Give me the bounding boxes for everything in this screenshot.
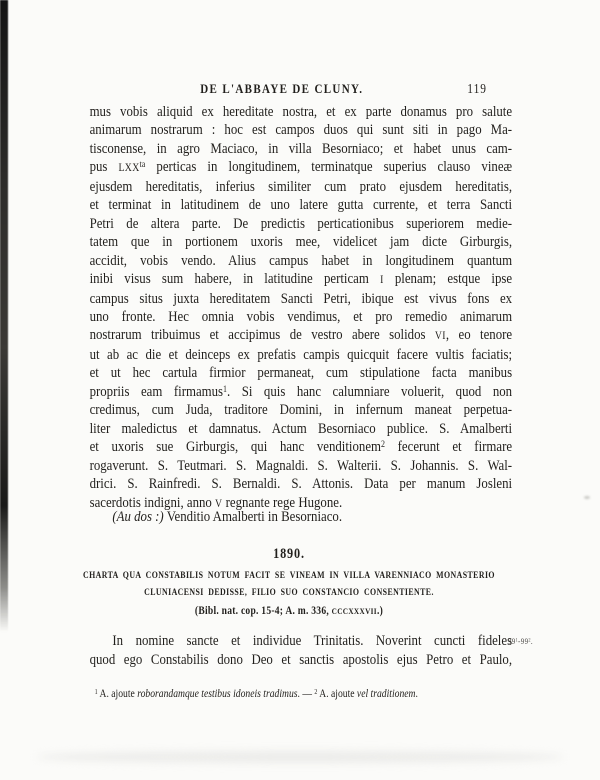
italic-text: vel traditionem bbox=[357, 688, 416, 700]
superscript-text: 2 bbox=[528, 638, 531, 644]
text-line: CLUNIACENSI DEDISSE, FILIO SUO CONSTANCI… bbox=[34, 585, 544, 602]
margin-date-note: 991-992. bbox=[508, 637, 533, 646]
text-line: quod ego Constabilis dono Deo et sanctis… bbox=[90, 650, 513, 669]
text-line: et terminat in latitudinem de uno latere… bbox=[90, 196, 513, 214]
text-line: tatem que in portionem uxoris mee, videl… bbox=[90, 233, 513, 251]
small-caps-text: VI bbox=[435, 330, 446, 342]
text-line: drici. S. Rainfredi. S. Bernaldi. S. Att… bbox=[90, 475, 513, 493]
superscript-text: 1 bbox=[516, 638, 519, 644]
text-line: nostrarum tribuimus et accipimus de vest… bbox=[90, 326, 513, 345]
text-line: ejusdem hereditatis, inferius similiter … bbox=[90, 178, 513, 196]
text-line: propriis eam firmamus1. Si quis hanc cal… bbox=[90, 383, 513, 401]
text-line: ut ab ac die et deinceps ex prefatis cam… bbox=[90, 346, 513, 364]
text-line: credimus, cum Juda, traditore Domini, in… bbox=[90, 401, 513, 419]
italic-text: (Au dos :) bbox=[112, 508, 163, 525]
text-line: uno fronte. Hec omnia vobis vendimus, et… bbox=[90, 308, 513, 326]
text-line: inibi visus sum habere, in latitudine pe… bbox=[90, 270, 513, 289]
charter-summary-heading: CHARTA QUA CONSTABILIS NOTUM FACIT SE VI… bbox=[34, 568, 544, 602]
text-line: et uxoris sue Girburgis, qui hanc vendit… bbox=[90, 438, 513, 456]
text-line: liter maledictus et damnatus. Actum Beso… bbox=[90, 420, 513, 438]
charter-opening-paragraph: In nomine sancte et individue Trinitatis… bbox=[90, 631, 513, 669]
text-line: accidit, vobis vendo. Alius campus habet… bbox=[90, 252, 513, 270]
text-line: animarum nostrarum : hoc est campos duos… bbox=[90, 121, 513, 139]
small-caps-text: I bbox=[380, 274, 384, 286]
italic-text: roborandamque testibus idoneis tradimus bbox=[137, 688, 297, 700]
text-line: tisconense, in agro Maciaco, in villa Be… bbox=[90, 140, 513, 158]
text-line: mus vobis aliquid ex hereditate nostra, … bbox=[90, 103, 513, 121]
text-line: pus LXXta perticas in longitudinem, term… bbox=[90, 158, 513, 177]
superscript-text: 2 bbox=[314, 688, 317, 696]
superscript-text: 2 bbox=[381, 440, 385, 450]
text-line: et ut hec cartula firmior permaneat, cum… bbox=[90, 364, 513, 382]
superscript-text: ta bbox=[140, 160, 146, 170]
running-title: DE L'ABBAYE DE CLUNY. bbox=[90, 81, 474, 97]
charter-number-heading: 1890. bbox=[90, 546, 489, 563]
superscript-text: 1 bbox=[223, 385, 227, 395]
charter-text-paragraph: mus vobis aliquid ex hereditate nostra, … bbox=[90, 103, 513, 513]
book-page: DE L'ABBAYE DE CLUNY. 119 mus vobis aliq… bbox=[0, 0, 600, 780]
charter-source-citation: (Bibl. nat. cop. 15-4; A. m. 336, CCCXXX… bbox=[90, 605, 489, 617]
au-dos-endorsement-line: (Au dos :) Venditio Amalberti in Besorni… bbox=[112, 508, 512, 526]
text-line: In nomine sancte et individue Trinitatis… bbox=[90, 631, 513, 650]
footnote: 1 A. ajoute roborandamque testibus idone… bbox=[95, 687, 522, 701]
superscript-text: 1 bbox=[95, 688, 98, 696]
small-caps-text: CCCXXXVII bbox=[332, 606, 377, 616]
small-caps-text: LXX bbox=[119, 162, 140, 174]
text-line: CHARTA QUA CONSTABILIS NOTUM FACIT SE VI… bbox=[34, 568, 544, 585]
text-line: Petri de altera parte. De predictis pert… bbox=[90, 215, 513, 233]
text-line: campus situs juxta hereditatem Sancti Pe… bbox=[90, 290, 513, 308]
page-number: 119 bbox=[467, 81, 487, 97]
text-line: rogaverunt. S. Teutmari. S. Magnaldi. S.… bbox=[90, 457, 513, 475]
